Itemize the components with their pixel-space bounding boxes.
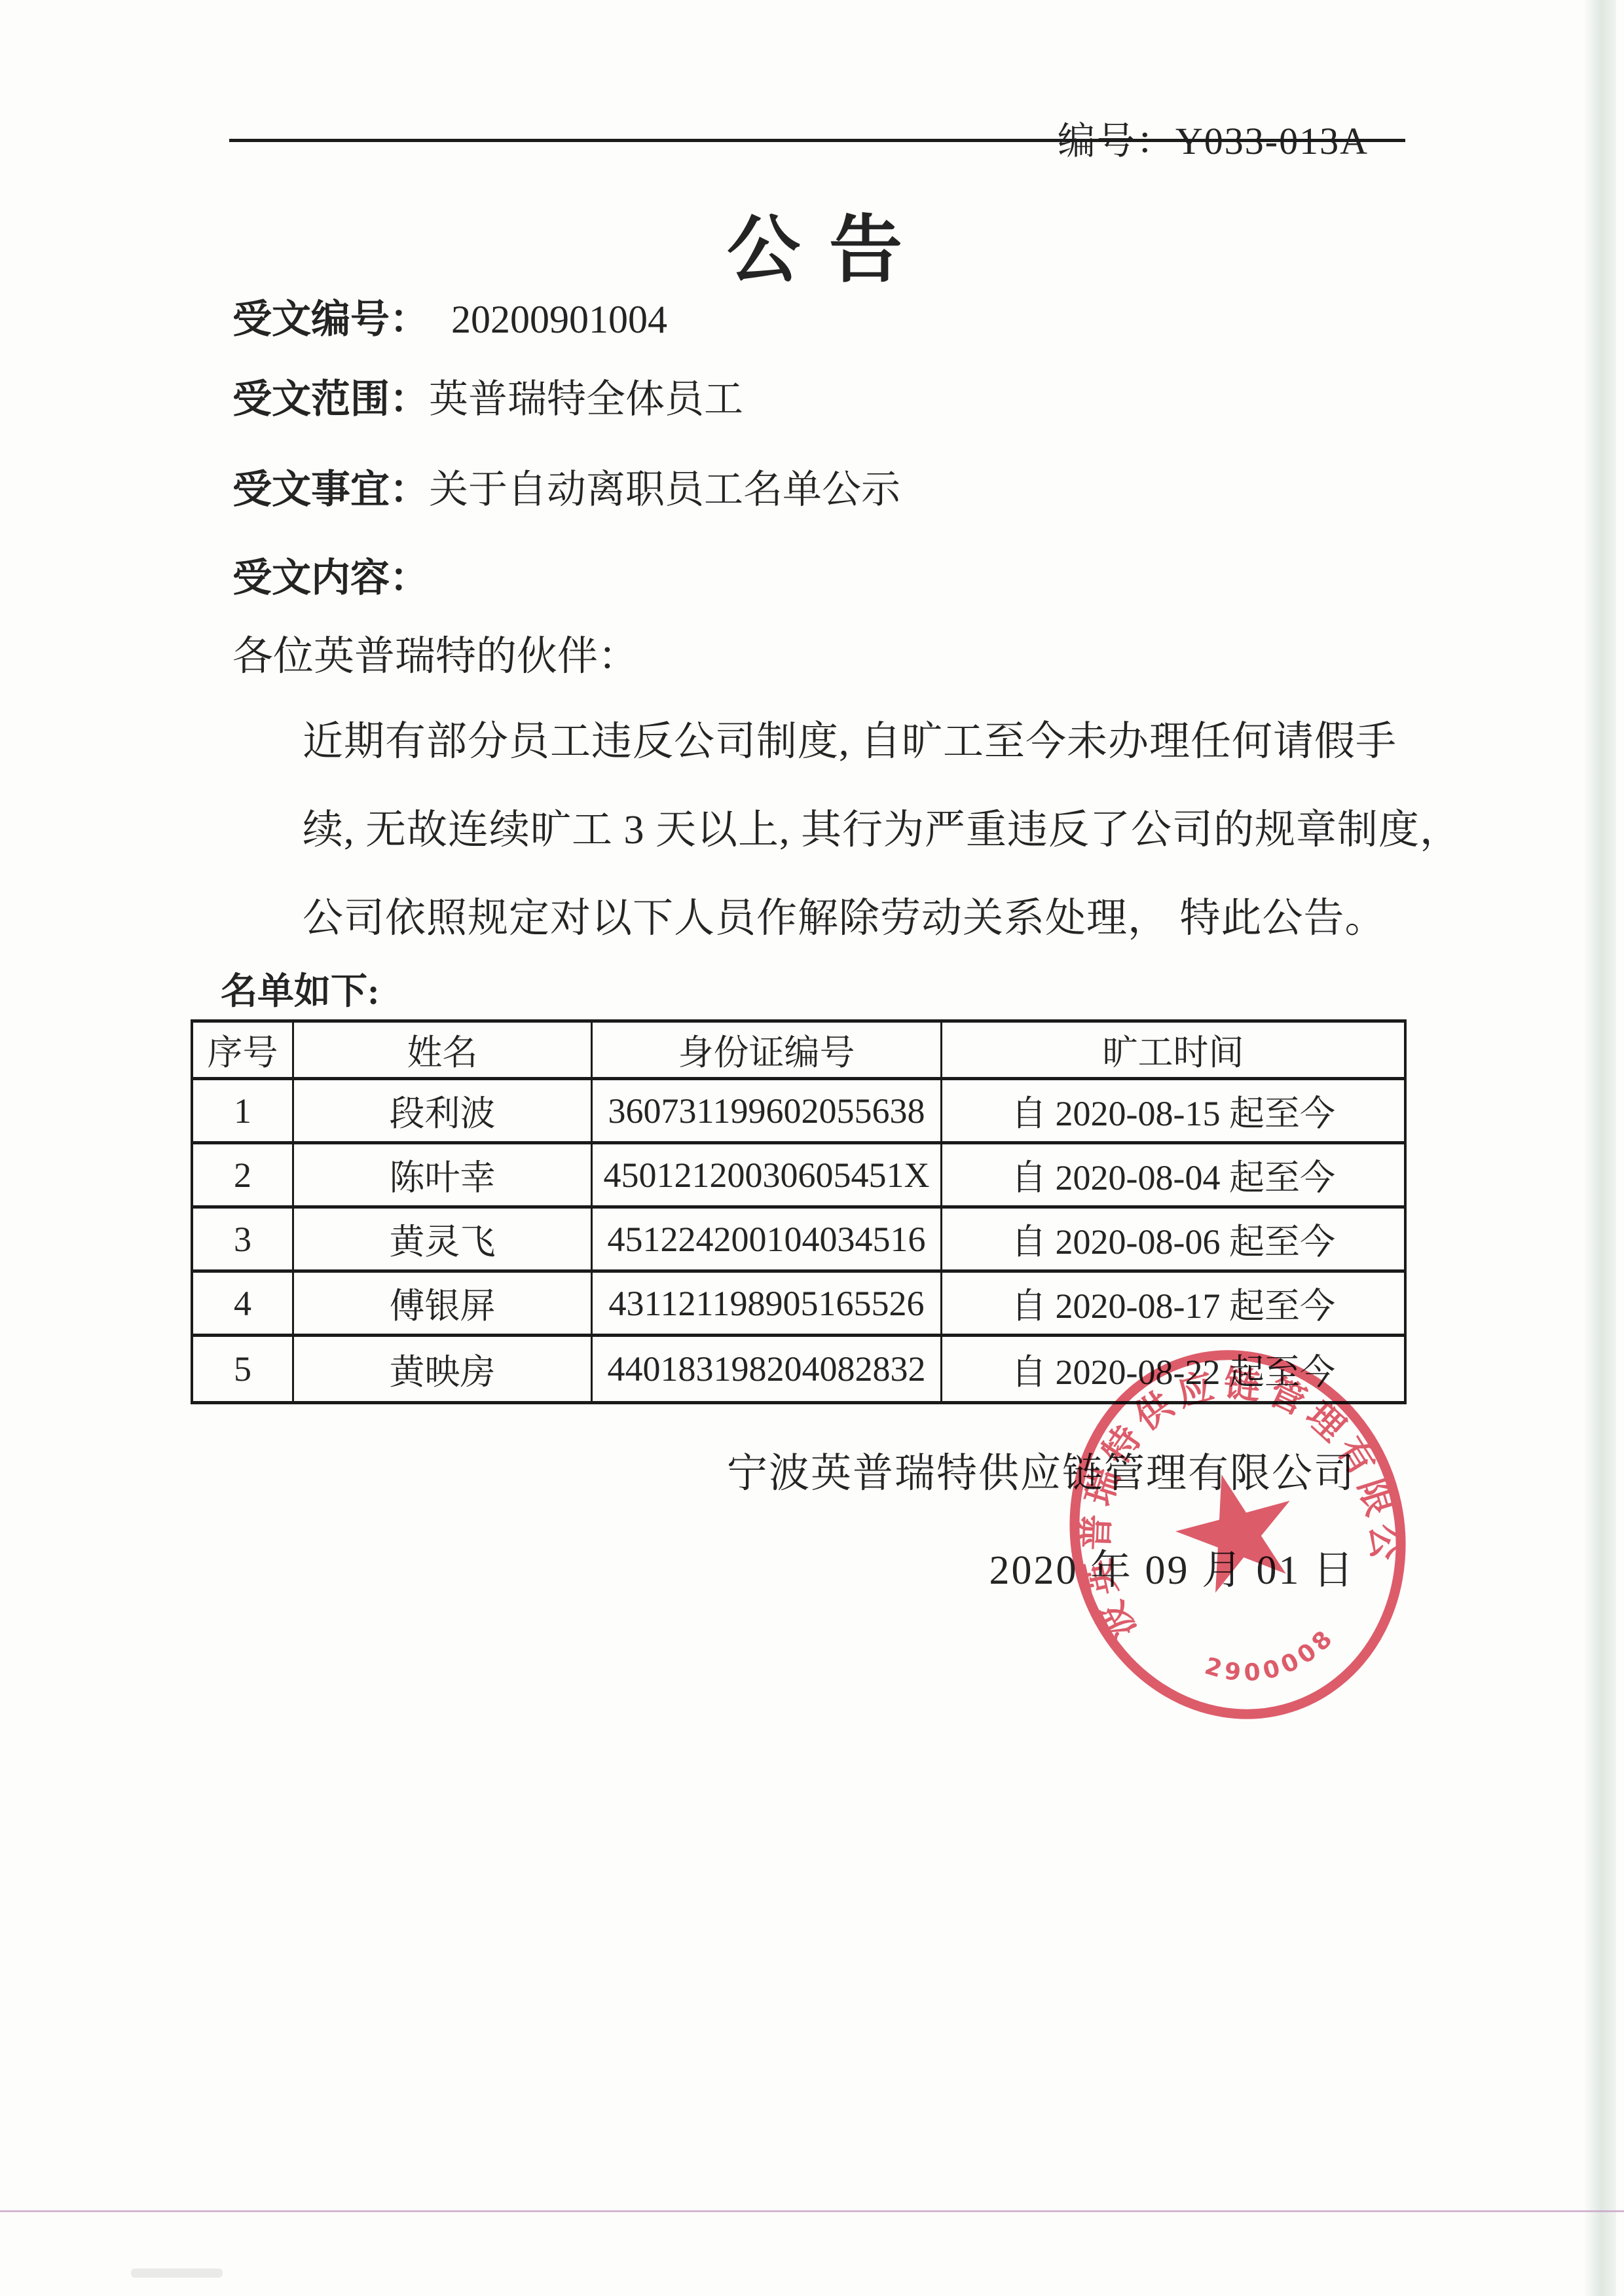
field-content: 受文内容： bbox=[232, 547, 429, 603]
body-line-2: 续, 无故连续旷工 3 天以上, 其行为严重违反了公司的规章制度， bbox=[303, 797, 1461, 855]
field-scope-label: 受文范围： bbox=[232, 378, 429, 421]
header-cell-seq: 序号 bbox=[193, 1023, 294, 1080]
field-scope-value: 英普瑞特全体员工 bbox=[429, 378, 743, 421]
header-rule bbox=[229, 139, 1405, 142]
header-cell-id: 身份证编号 bbox=[593, 1023, 942, 1080]
body-line-1: 近期有部分员工违反公司制度, 自旷工至今未办理任何请假手 bbox=[303, 708, 1397, 767]
field-subject: 受文事宜：关于自动离职员工名单公示 bbox=[232, 458, 900, 515]
row1-name: 段利波 bbox=[294, 1080, 593, 1144]
scan-artifact-bottom-line bbox=[0, 2210, 1624, 2212]
list-intro: 名单如下: bbox=[221, 962, 380, 1015]
scan-artifact-smudge bbox=[131, 2269, 223, 2278]
row1-seq: 1 bbox=[193, 1080, 294, 1144]
row1-absence: 自 2020-08-15 起至今 bbox=[942, 1080, 1404, 1144]
row5-seq: 5 bbox=[193, 1337, 294, 1401]
doc-number: 编号：Y033-013A bbox=[1058, 110, 1369, 165]
row1-id: 360731199602055638 bbox=[593, 1080, 942, 1144]
row4-seq: 4 bbox=[193, 1273, 294, 1337]
row3-id: 451224200104034516 bbox=[593, 1209, 942, 1273]
scan-artifact-right-band bbox=[1583, 0, 1616, 2296]
salutation: 各位英普瑞特的伙伴： bbox=[232, 623, 638, 682]
field-content-label: 受文内容： bbox=[232, 556, 429, 600]
row2-absence: 自 2020-08-04 起至今 bbox=[942, 1144, 1404, 1209]
row2-seq: 2 bbox=[193, 1144, 294, 1209]
row4-name: 傅银屏 bbox=[294, 1273, 593, 1337]
field-subject-label: 受文事宜： bbox=[232, 468, 429, 511]
header-cell-absence: 旷工时间 bbox=[942, 1023, 1404, 1080]
row5-id: 440183198204082832 bbox=[593, 1337, 942, 1401]
row3-seq: 3 bbox=[193, 1209, 294, 1273]
row2-id: 45012120030605451X bbox=[593, 1144, 942, 1209]
field-doc-number-value: 20200901004 bbox=[451, 298, 667, 341]
field-doc-number-label: 受文编号： bbox=[232, 298, 429, 341]
row4-id: 431121198905165526 bbox=[593, 1273, 942, 1337]
seal-star bbox=[1164, 1459, 1308, 1599]
field-doc-number: 受文编号：20200901004 bbox=[232, 288, 667, 344]
row5-name: 黄映房 bbox=[294, 1337, 593, 1401]
field-scope: 受文范围：英普瑞特全体员工 bbox=[232, 368, 743, 424]
header-cell-name: 姓名 bbox=[294, 1023, 593, 1080]
announcement-document: 编号：Y033-013A 公 告 受文编号：20200901004 受文范围：英… bbox=[0, 0, 1624, 2296]
body-line-3: 公司依照规定对以下人员作解除劳动关系处理， 特此公告。 bbox=[303, 885, 1386, 943]
row3-absence: 自 2020-08-06 起至今 bbox=[942, 1209, 1404, 1273]
row2-name: 陈叶幸 bbox=[294, 1144, 593, 1209]
page-title: 公 告 bbox=[229, 191, 1405, 297]
field-subject-value: 关于自动离职员工名单公示 bbox=[429, 468, 900, 511]
row3-name: 黄灵飞 bbox=[294, 1209, 593, 1273]
